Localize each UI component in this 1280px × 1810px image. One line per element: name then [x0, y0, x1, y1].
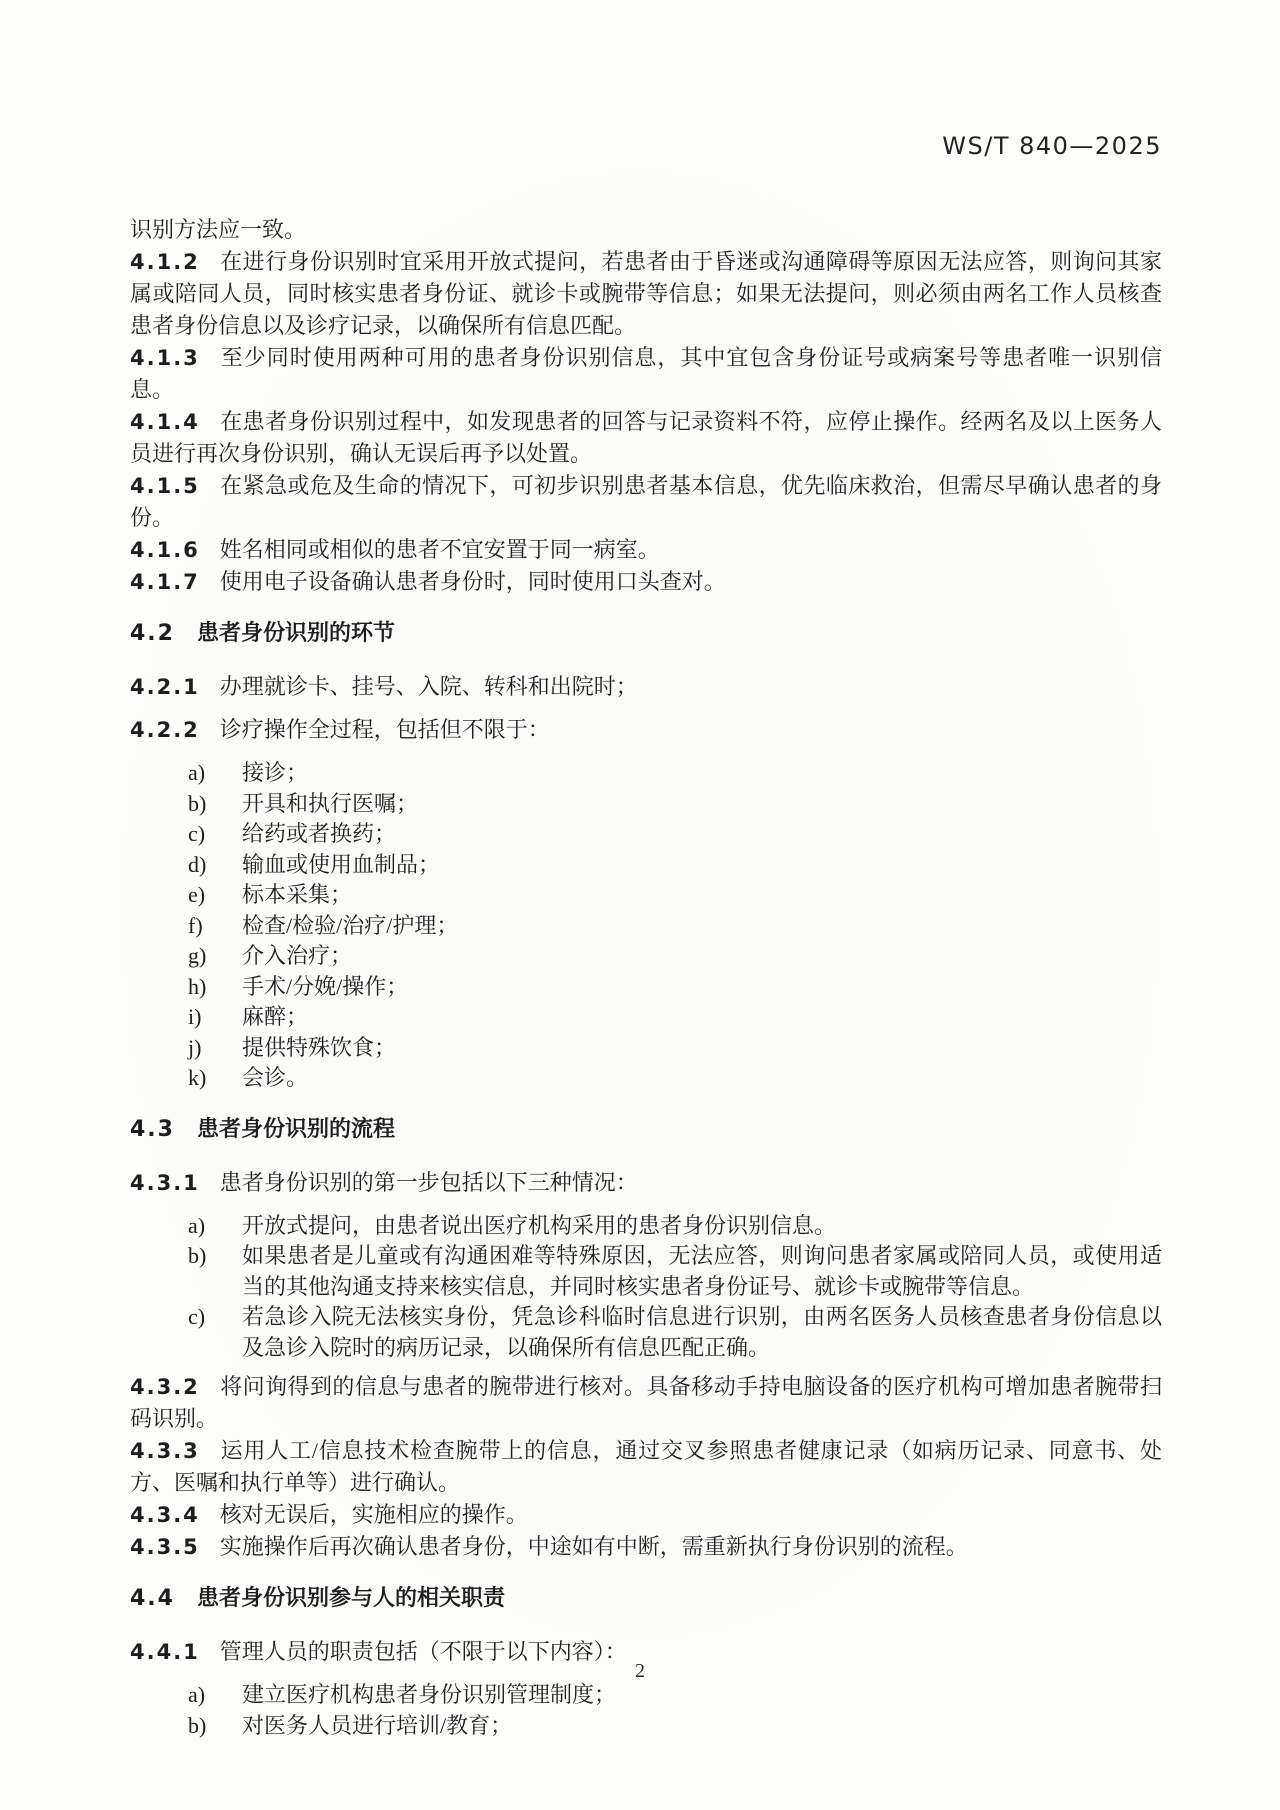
list-item-label: e)	[188, 880, 205, 911]
clause-item-list: a)建立医疗机构患者身份识别管理制度；b)对医务人员进行培训/教育；	[130, 1680, 1162, 1741]
list-item-a: a)建立医疗机构患者身份识别管理制度；	[130, 1680, 1162, 1711]
clause-4.1.2: 4.1.2在进行身份识别时宜采用开放式提问，若患者由于昏迷或沟通障碍等原因无法应…	[130, 246, 1162, 342]
list-item-text: 如果患者是儿童或有沟通困难等特殊原因，无法应答，则询问患者家属或陪同人员，或使用…	[242, 1243, 1162, 1299]
clause-text: 核对无误后，实施相应的操作。	[220, 1502, 528, 1527]
clause-number: 4.2.1	[130, 675, 200, 699]
list-item-d: d)输血或使用血制品；	[130, 850, 1162, 881]
section-heading-4.4: 4.4患者身份识别参与人的相关职责	[130, 1584, 1162, 1614]
clause-number: 4.3	[130, 1117, 175, 1142]
clause-4.1.6: 4.1.6姓名相同或相似的患者不宜安置于同一病室。	[130, 534, 1162, 566]
list-item-label: h)	[188, 972, 206, 1003]
clause-text: 患者身份识别的第一步包括以下三种情况：	[220, 1170, 638, 1195]
list-item-c: c)若急诊入院无法核实身份，凭急诊科临时信息进行识别，由两名医务人员核查患者身份…	[130, 1302, 1162, 1363]
clause-4.3.5: 4.3.5实施操作后再次确认患者身份，中途如有中断，需重新执行身份识别的流程。	[130, 1531, 1162, 1563]
clause-number: 4.1.3	[130, 346, 200, 370]
clause-text: 在患者身份识别过程中，如发现患者的回答与记录资料不符，应停止操作。经两名及以上医…	[130, 409, 1162, 466]
clause-text: 使用电子设备确认患者身份时，同时使用口头查对。	[220, 569, 726, 594]
paragraph-continuation: 识别方法应一致。	[130, 214, 1162, 246]
clause-4.2.1: 4.2.1办理就诊卡、挂号、入院、转科和出院时；	[130, 671, 1162, 703]
document-page: WS/T 840—2025 识别方法应一致。4.1.2在进行身份识别时宜采用开放…	[0, 0, 1280, 1810]
list-item-text: 若急诊入院无法核实身份，凭急诊科临时信息进行识别，由两名医务人员核查患者身份信息…	[242, 1304, 1162, 1360]
clause-number: 4.1.7	[130, 570, 200, 594]
list-item-b: b)对医务人员进行培训/教育；	[130, 1711, 1162, 1742]
list-item-text: 会诊。	[242, 1065, 308, 1090]
list-item-b: b)如果患者是儿童或有沟通困难等特殊原因，无法应答，则询问患者家属或陪同人员，或…	[130, 1241, 1162, 1302]
list-item-a: a)开放式提问，由患者说出医疗机构采用的患者身份识别信息。	[130, 1211, 1162, 1242]
clause-text: 将问询得到的信息与患者的腕带进行核对。具备移动手持电脑设备的医疗机构可增加患者腕…	[130, 1374, 1162, 1431]
clause-4.1.7: 4.1.7使用电子设备确认患者身份时，同时使用口头查对。	[130, 566, 1162, 598]
list-item-text: 提供特殊饮食；	[242, 1035, 396, 1060]
list-item-k: k)会诊。	[130, 1063, 1162, 1094]
clause-number: 4.2	[130, 621, 175, 646]
clause-text: 患者身份识别的环节	[197, 621, 395, 646]
list-item-text: 麻醉；	[242, 1004, 308, 1029]
list-item-text: 介入治疗；	[242, 943, 352, 968]
clause-4.1.5: 4.1.5在紧急或危及生命的情况下，可初步识别患者基本信息，优先临床救治，但需尽…	[130, 470, 1162, 534]
list-item-c: c)给药或者换药；	[130, 819, 1162, 850]
document-body: 识别方法应一致。4.1.2在进行身份识别时宜采用开放式提问，若患者由于昏迷或沟通…	[130, 214, 1162, 1749]
list-item-text: 给药或者换药；	[242, 821, 396, 846]
list-item-label: a)	[188, 1211, 205, 1242]
list-item-label: c)	[188, 1302, 205, 1333]
list-item-a: a)接诊；	[130, 758, 1162, 789]
list-item-text: 检查/检验/治疗/护理；	[242, 913, 458, 938]
list-item-text: 接诊；	[242, 760, 308, 785]
clause-text: 姓名相同或相似的患者不宜安置于同一病室。	[220, 537, 660, 562]
list-item-e: e)标本采集；	[130, 880, 1162, 911]
clause-number: 4.1.4	[130, 410, 200, 434]
list-item-label: d)	[188, 850, 206, 881]
clause-4.3.3: 4.3.3运用人工/信息技术检查腕带上的信息，通过交叉参照患者健康记录（如病历记…	[130, 1435, 1162, 1499]
list-item-label: b)	[188, 1241, 206, 1272]
list-item-text: 开放式提问，由患者说出医疗机构采用的患者身份识别信息。	[242, 1213, 836, 1238]
list-item-text: 开具和执行医嘱；	[242, 791, 418, 816]
clause-4.3.2: 4.3.2将问询得到的信息与患者的腕带进行核对。具备移动手持电脑设备的医疗机构可…	[130, 1371, 1162, 1435]
list-item-text: 输血或使用血制品；	[242, 852, 440, 877]
clause-text: 在进行身份识别时宜采用开放式提问，若患者由于昏迷或沟通障碍等原因无法应答，则询问…	[130, 249, 1162, 338]
list-item-label: a)	[188, 1680, 205, 1711]
clause-number: 4.4	[130, 1586, 175, 1611]
standard-code-header: WS/T 840—2025	[942, 132, 1162, 160]
list-item-h: h)手术/分娩/操作；	[130, 972, 1162, 1003]
list-item-label: b)	[188, 1711, 206, 1742]
list-item-text: 标本采集；	[242, 882, 352, 907]
list-item-b: b)开具和执行医嘱；	[130, 789, 1162, 820]
section-heading-4.2: 4.2患者身份识别的环节	[130, 619, 1162, 649]
clause-4.3.4: 4.3.4核对无误后，实施相应的操作。	[130, 1499, 1162, 1531]
clause-number: 4.2.2	[130, 718, 200, 742]
list-item-f: f)检查/检验/治疗/护理；	[130, 911, 1162, 942]
list-item-j: j)提供特殊饮食；	[130, 1033, 1162, 1064]
list-item-label: a)	[188, 758, 205, 789]
list-item-text: 建立医疗机构患者身份识别管理制度；	[242, 1682, 616, 1707]
clause-text: 至少同时使用两种可用的患者身份识别信息，其中宜包含身份证号或病案号等患者唯一识别…	[130, 345, 1162, 402]
list-item-label: c)	[188, 819, 205, 850]
clause-number: 4.3.3	[130, 1439, 200, 1463]
list-item-label: f)	[188, 911, 203, 942]
clause-4.1.4: 4.1.4在患者身份识别过程中，如发现患者的回答与记录资料不符，应停止操作。经两…	[130, 406, 1162, 470]
clause-text: 实施操作后再次确认患者身份，中途如有中断，需重新执行身份识别的流程。	[220, 1534, 968, 1559]
clause-text: 在紧急或危及生命的情况下，可初步识别患者基本信息，优先临床救治，但需尽早确认患者…	[130, 473, 1162, 530]
list-item-g: g)介入治疗；	[130, 941, 1162, 972]
section-heading-4.3: 4.3患者身份识别的流程	[130, 1115, 1162, 1145]
clause-text: 办理就诊卡、挂号、入院、转科和出院时；	[220, 674, 638, 699]
list-item-label: k)	[188, 1063, 206, 1094]
list-item-label: b)	[188, 789, 206, 820]
clause-4.2.2: 4.2.2诊疗操作全过程，包括但不限于：	[130, 714, 1162, 746]
clause-number: 4.1.5	[130, 474, 200, 498]
clause-number: 4.3.4	[130, 1503, 200, 1527]
clause-text: 识别方法应一致。	[130, 217, 306, 242]
list-item-label: g)	[188, 941, 206, 972]
clause-text: 患者身份识别的流程	[197, 1117, 395, 1142]
list-item-i: i)麻醉；	[130, 1002, 1162, 1033]
clause-number: 4.1.2	[130, 250, 200, 274]
page-number: 2	[0, 1660, 1280, 1683]
list-item-label: i)	[188, 1002, 201, 1033]
clause-4.1.3: 4.1.3至少同时使用两种可用的患者身份识别信息，其中宜包含身份证号或病案号等患…	[130, 342, 1162, 406]
clause-text: 运用人工/信息技术检查腕带上的信息，通过交叉参照患者健康记录（如病历记录、同意书…	[130, 1438, 1162, 1495]
clause-text: 诊疗操作全过程，包括但不限于：	[220, 717, 550, 742]
clause-number: 4.3.5	[130, 1535, 200, 1559]
list-item-label: j)	[188, 1033, 201, 1064]
clause-number: 4.3.1	[130, 1171, 200, 1195]
clause-number: 4.1.6	[130, 538, 200, 562]
clause-4.3.1: 4.3.1患者身份识别的第一步包括以下三种情况：	[130, 1167, 1162, 1199]
clause-item-list: a)接诊；b)开具和执行医嘱；c)给药或者换药；d)输血或使用血制品；e)标本采…	[130, 758, 1162, 1094]
list-item-text: 对医务人员进行培训/教育；	[242, 1713, 512, 1738]
clause-text: 患者身份识别参与人的相关职责	[197, 1586, 505, 1611]
list-item-text: 手术/分娩/操作；	[242, 974, 408, 999]
clause-number: 4.3.2	[130, 1375, 200, 1399]
clause-item-list: a)开放式提问，由患者说出医疗机构采用的患者身份识别信息。b)如果患者是儿童或有…	[130, 1211, 1162, 1364]
